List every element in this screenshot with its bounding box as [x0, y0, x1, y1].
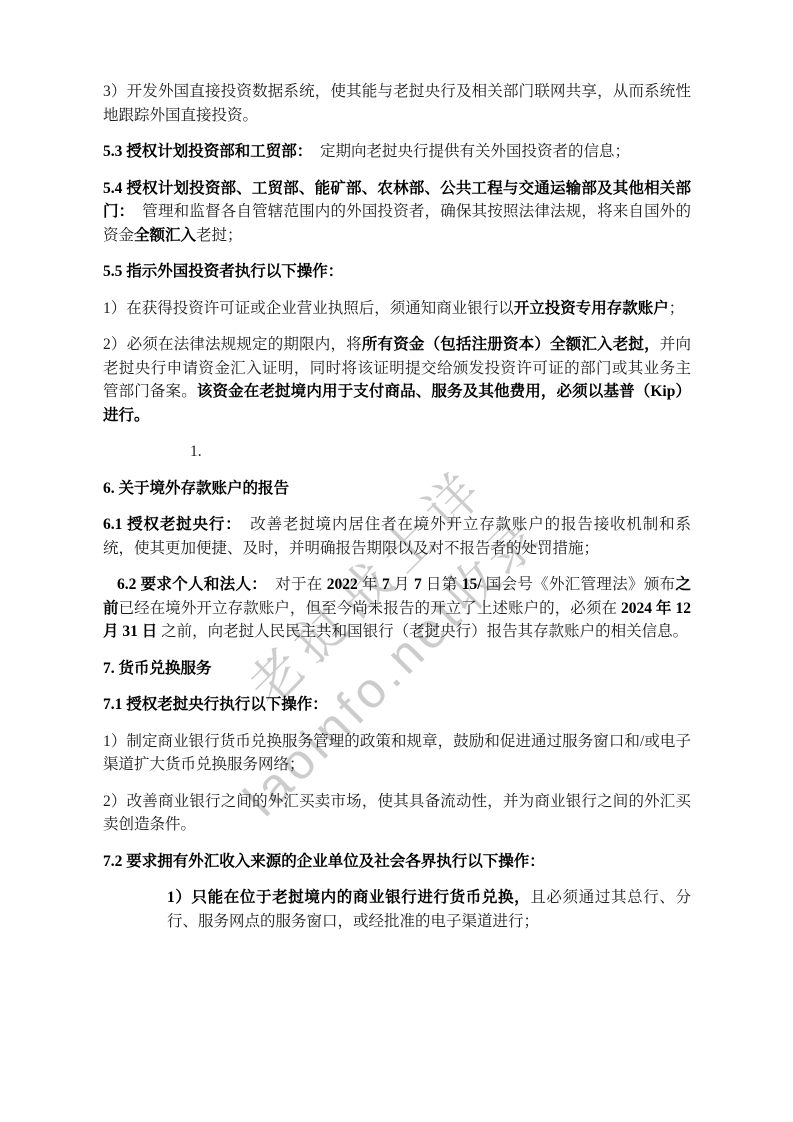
text-run: 6.2 要求个人和法人：	[117, 576, 259, 593]
text-run: 年	[358, 576, 382, 593]
text-run: 定期向老挝央行提供有关外国投资者的信息；	[305, 143, 631, 160]
text-run: 之前，向老挝人民民主共和国银行（老挝央行）报告其存款账户的相关信息。	[157, 623, 688, 640]
text-run: 国会号《外汇管理法》颁布	[482, 576, 676, 593]
text-run: 7.2 要求拥有外汇收入来源的企业单位及社会各界执行以下操作：	[103, 853, 545, 870]
paragraph: 1）制定商业银行货币兑换服务管理的政策和规章，鼓励和促进通过服务窗口和/或电子渠…	[103, 730, 691, 777]
paragraph: 1）在获得投资许可证或企业营业执照后，须通知商业银行以开立投资专用存款账户；	[103, 297, 691, 321]
text-run: 6.1 授权老挝央行：	[103, 516, 234, 533]
text-run: 15/	[462, 576, 482, 593]
paragraph: 6. 关于境外存款账户的报告	[103, 477, 691, 501]
text-run: ；	[669, 300, 685, 317]
text-run: 日第	[422, 576, 462, 593]
text-run: 已经在境外开立存款账户，但至今尚未报告的开立了上述账户的，必须在	[119, 600, 621, 617]
text-run: 3）开发外国直接投资数据系统，使其能与老挝央行及相关部门联网共享，从而系统性地跟…	[103, 83, 691, 124]
text-run: 1.	[190, 443, 202, 460]
text-run: 对于在	[259, 576, 326, 593]
paragraph: 6.1 授权老挝央行： 改善老挝境内居住者在境外开立存款账户的报告接收机制和系统…	[103, 513, 691, 560]
paragraph: 1.	[190, 440, 691, 464]
paragraph: 2）必须在法律法规规定的期限内，将所有资金（包括注册资本）全额汇入老挝，并向老挝…	[103, 333, 691, 427]
text-run: 5.5 指示外国投资者执行以下操作：	[103, 263, 343, 280]
paragraph: 7.2 要求拥有外汇收入来源的企业单位及社会各界执行以下操作：	[103, 850, 691, 874]
text-run: 6. 关于境外存款账户的报告	[103, 480, 289, 497]
text-run: 7	[382, 576, 390, 593]
paragraph: 3）开发外国直接投资数据系统，使其能与老挝央行及相关部门联网共享，从而系统性地跟…	[103, 80, 691, 127]
text-run: 1）制定商业银行货币兑换服务管理的政策和规章，鼓励和促进通过服务窗口和/或电子渠…	[103, 733, 691, 774]
text-run: 7.1 授权老挝央行执行以下操作：	[103, 696, 328, 713]
text-run: 2）必须在法律法规规定的期限内，将	[103, 336, 362, 353]
document-body: 3）开发外国直接投资数据系统，使其能与老挝央行及相关部门联网共享，从而系统性地跟…	[103, 80, 691, 933]
paragraph: 5.3 授权计划投资部和工贸部： 定期向老挝央行提供有关外国投资者的信息；	[103, 140, 691, 164]
paragraph: 5.5 指示外国投资者执行以下操作：	[103, 260, 691, 284]
text-run: 1）在获得投资许可证或企业营业执照后，须通知商业银行以	[103, 300, 514, 317]
text-run: 5.3 授权计划投资部和工贸部：	[103, 143, 305, 160]
text-run: 7. 货币兑换服务	[103, 660, 212, 677]
text-run: 2）改善商业银行之间的外汇买卖市场，使其具备流动性，并为商业银行之间的外汇买卖创…	[103, 793, 691, 834]
text-run: 开立投资专用存款账户	[514, 300, 669, 317]
text-run: 1）只能在位于老挝境内的商业银行进行货币兑换，	[167, 889, 530, 906]
text-run: 2022	[327, 576, 358, 593]
text-run: 全额汇入	[134, 227, 196, 244]
text-run: 7	[414, 576, 422, 593]
paragraph: 2）改善商业银行之间的外汇买卖市场，使其具备流动性，并为商业银行之间的外汇买卖创…	[103, 790, 691, 837]
text-run: 所有资金（包括注册资本）全额汇入老挝，	[362, 336, 660, 353]
paragraph: 5.4 授权计划投资部、工贸部、能矿部、农林部、公共工程与交通运输部及其他相关部…	[103, 177, 691, 248]
paragraph: 1）只能在位于老挝境内的商业银行进行货币兑换，且必须通过其总行、分行、服务网点的…	[167, 886, 691, 933]
text-run: 老挝；	[196, 227, 243, 244]
paragraph: 7. 货币兑换服务	[103, 657, 691, 681]
paragraph: 6.2 要求个人和法人： 对于在 2022 年 7 月 7 日第 15/ 国会号…	[103, 573, 691, 644]
document-page: 老挝战士详 laoinfo.net收录 3）开发外国直接投资数据系统，使其能与老…	[0, 0, 793, 1122]
text-run: 月	[390, 576, 414, 593]
paragraph: 7.1 授权老挝央行执行以下操作：	[103, 693, 691, 717]
